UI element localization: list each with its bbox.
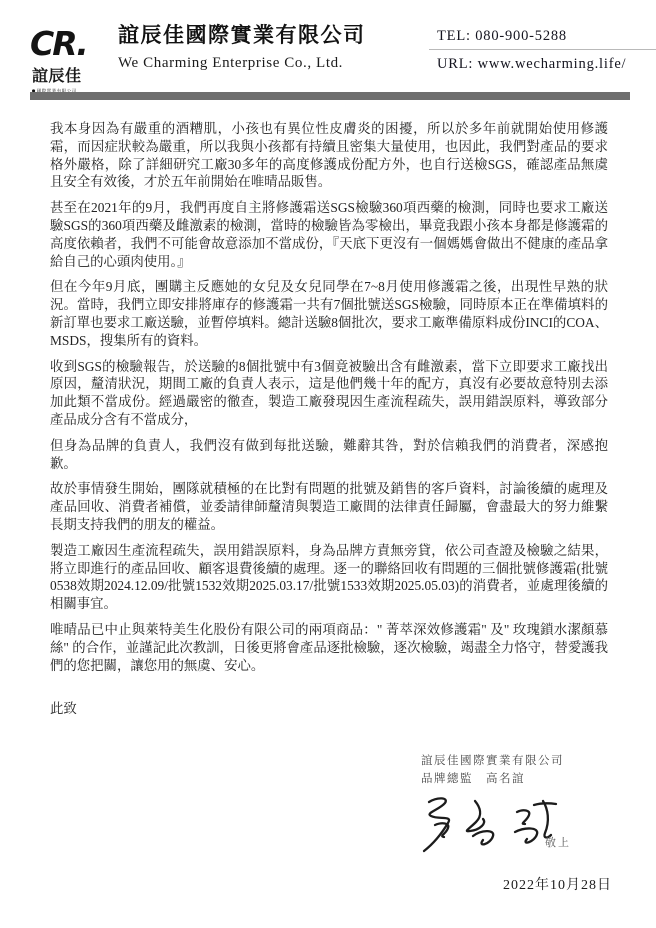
signoff-title-name: 品牌總監 高名誼 [421, 770, 636, 788]
company-logo: CR. 誼辰佳 國際實業有限公司 [30, 26, 118, 96]
letter-body: 我本身因為有嚴重的酒糟肌，小孩也有異位性皮膚炎的困擾，所以於多年前就開始使用修護… [50, 120, 608, 726]
paragraph-3: 但在今年9月底，團購主反應她的女兒及女兒同學在7~8月使用修護霜之後，出現性早熟… [50, 278, 608, 349]
paragraph-4: 收到SGS的檢驗報告，於送驗的8個批號中有3個竟被驗出含有雌激素，當下立即要求工… [50, 358, 608, 429]
tel-line: TEL: 080-900-5288 [437, 28, 567, 45]
paragraph-5: 但身為品牌的負責人，我們沒有做到每批送驗，難辭其咎，對於信賴我們的消費者，深感抱… [50, 437, 608, 473]
cr-logo-icon: CR. [30, 26, 87, 62]
url-line: URL: www.wecharming.life/ [437, 56, 626, 73]
paragraph-6: 故於事情發生開始，團隊就積極的在比對有問題的批號及銷售的客戶資料，討論後續的處理… [50, 480, 608, 533]
paragraph-7: 製造工廠因生產流程疏失，誤用錯誤原料，身為品牌方責無旁貸，依公司查證及檢驗之結果… [50, 542, 608, 613]
signoff-company: 誼辰佳國際實業有限公司 [421, 752, 636, 770]
tel-url-divider [429, 49, 656, 50]
signature-area: 敬上 [421, 794, 636, 858]
company-name-zh: 誼辰佳國際實業有限公司 [118, 23, 366, 49]
closing-cizhi: 此致 [50, 700, 608, 718]
paragraph-2: 甚至在2021年的9月，我們再度自主將修護霜送SGS檢驗360項西藥的檢測，同時… [50, 199, 608, 270]
paragraph-1: 我本身因為有嚴重的酒糟肌，小孩也有異位性皮膚炎的困擾，所以於多年前就開始使用修護… [50, 120, 608, 191]
paragraph-8: 唯晴品已中止與萊特美生化股份有限公司的兩項商品：" 菁萃深效修護霜" 及" 玫瑰… [50, 621, 608, 674]
letter-page: CR. 誼辰佳 國際實業有限公司 誼辰佳國際實業有限公司 We Charming… [0, 0, 656, 928]
respectfully-label: 敬上 [545, 834, 571, 850]
header-divider-bar [30, 92, 630, 100]
letter-date: 2022年10月28日 [503, 874, 612, 894]
logo-brand-text: 誼辰佳 [32, 68, 89, 86]
signoff-block: 誼辰佳國際實業有限公司 品牌總監 高名誼 敬上 [421, 752, 636, 858]
company-name-en: We Charming Enterprise Co., Ltd. [118, 55, 366, 72]
company-name-block: 誼辰佳國際實業有限公司 We Charming Enterprise Co., … [118, 23, 366, 72]
